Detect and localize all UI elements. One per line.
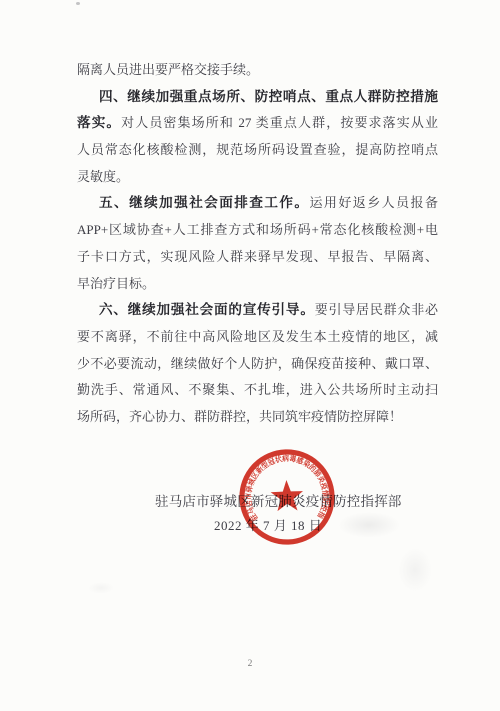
text-run: 要不离驿，不前往中高风险地区及发生本土疫情的地区，减 (77, 329, 438, 344)
text-run: 少不必要流动，继续做好个人防护，确保疫苗接种、戴口罩、 (77, 356, 438, 371)
text-line: 少不必要流动，继续做好个人防护，确保疫苗接种、戴口罩、 (77, 351, 438, 378)
official-red-seal: 驻马店市驿城区新型冠状病毒感染的肺炎疫情防控指挥部 (233, 443, 341, 551)
text-line: 子卡口方式，实现风险人群来驿早发现、早报告、早隔离、 (77, 244, 438, 271)
text-line: 灵敏度。 (77, 164, 438, 191)
text-line: 人员常态化核酸检测，规范场所码设置查验，提高防控哨点 (77, 137, 438, 164)
text-line: 早治疗目标。 (77, 271, 438, 298)
text-run: APP+区域协查+人工排查方式和场所码+常态化核酸检测+电 (77, 222, 438, 237)
document-body-text: 隔离人员进出要严格交接手续。四、继续加强重点场所、防控哨点、重点人群防控措施落实… (77, 57, 438, 431)
scan-artifact-speck (76, 2, 80, 5)
text-line: 勤洗手、常通风、不聚集、不扎堆，进入公共场所时主动扫 (77, 377, 438, 404)
text-line: 隔离人员进出要严格交接手续。 (77, 57, 438, 84)
text-line: 落实。对人员密集场所和 27 类重点人群，按要求落实从业 (77, 110, 438, 137)
text-line: 要不离驿，不前往中高风险地区及发生本土疫情的地区，减 (77, 324, 438, 351)
text-run: 早治疗目标。 (77, 276, 155, 291)
text-line: 五、继续加强社会面排查工作。运用好返乡人员报备 (77, 190, 438, 217)
text-run: 运用好返乡人员报备 (309, 195, 438, 210)
scan-artifact-smudge (88, 582, 114, 594)
text-run: 子卡口方式，实现风险人群来驿早发现、早报告、早隔离、 (77, 249, 438, 264)
text-line: 场所码，齐心协力、群防群控，共同筑牢疫情防控屏障！ (77, 404, 438, 431)
text-run: 勤洗手、常通风、不聚集、不扎堆，进入公共场所时主动扫 (77, 382, 438, 397)
text-run: 要引导居民群众非必 (315, 302, 438, 317)
scan-artifact-smudge (398, 548, 432, 592)
scan-artifact-smudge (338, 512, 400, 538)
text-run: 人员常态化核酸检测，规范场所码设置查验，提高防控哨点 (77, 142, 438, 157)
seal-arc-text: 驻马店市驿城区新型冠状病毒感染的肺炎疫情防控指挥部 (233, 443, 332, 524)
text-run: 场所码，齐心协力、群防群控，共同筑牢疫情防控屏障！ (77, 409, 402, 424)
text-run: 对人员密集场所和 27 类重点人群，按要求落实从业 (121, 115, 438, 130)
text-run-bold: 五、继续加强社会面排查工作。 (99, 195, 309, 210)
text-run-bold: 落实。 (77, 115, 121, 130)
text-run: 灵敏度。 (77, 169, 129, 184)
text-run: 隔离人员进出要严格交接手续。 (77, 62, 259, 77)
text-line: 六、继续加强社会面的宣传引导。要引导居民群众非必 (77, 297, 438, 324)
text-run-bold: 六、继续加强社会面的宣传引导。 (99, 302, 315, 317)
text-line: 四、继续加强重点场所、防控哨点、重点人群防控措施 (77, 84, 438, 111)
text-run-bold: 四、继续加强重点场所、防控哨点、重点人群防控措施 (99, 89, 438, 104)
text-line: APP+区域协查+人工排查方式和场所码+常态化核酸检测+电 (77, 217, 438, 244)
page-number: 2 (243, 659, 257, 669)
seal-star-icon (270, 479, 303, 511)
scanned-document-page: 隔离人员进出要严格交接手续。四、继续加强重点场所、防控哨点、重点人群防控措施落实… (0, 0, 500, 711)
